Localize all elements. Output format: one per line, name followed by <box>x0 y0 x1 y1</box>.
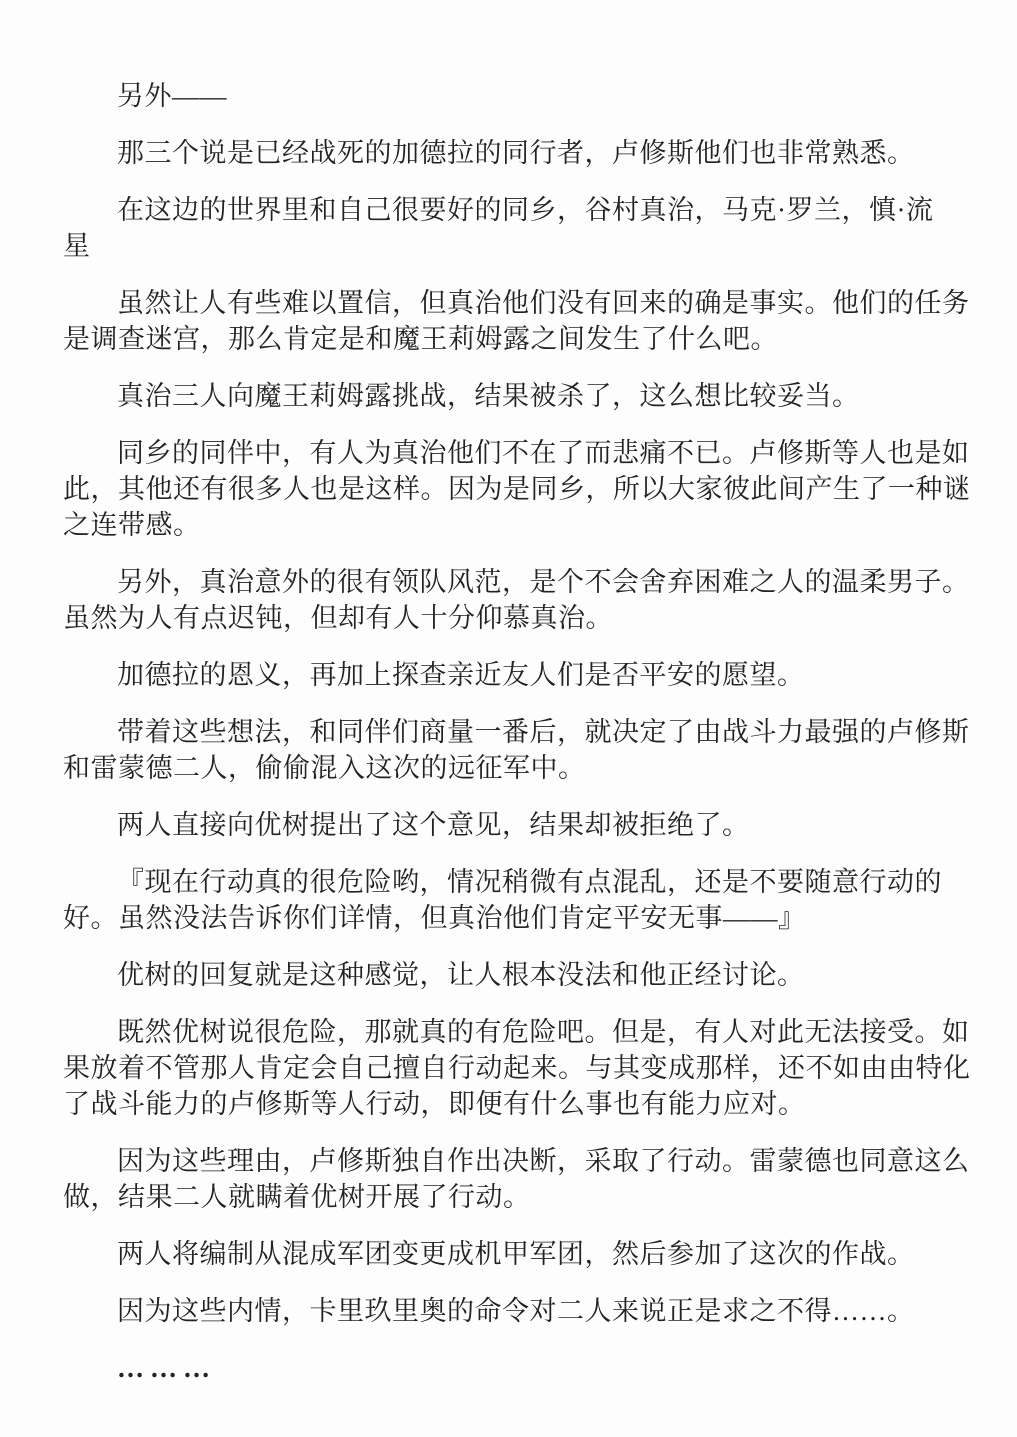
paragraph: 带着这些想法，和同伴们商量一番后，就决定了由战斗力最强的卢修斯和雷蒙德二人，偷偷… <box>63 714 959 786</box>
text-line: 做，结果二人就瞒着优树开展了行动。 <box>63 1179 959 1215</box>
paragraph: 优树的回复就是这种感觉，让人根本没法和他正经讨论。 <box>63 957 959 993</box>
text-line: 另外，真治意外的很有领队风范，是个不会舍弃困难之人的温柔男子。 <box>63 564 959 600</box>
text-line: 加德拉的恩义，再加上探查亲近友人们是否平安的愿望。 <box>63 657 959 693</box>
text-line: 和雷蒙德二人，偷偷混入这次的远征军中。 <box>63 750 959 786</box>
paragraph: 两人将编制从混成军团变更成机甲军团，然后参加了这次的作战。 <box>63 1236 959 1272</box>
paragraph: 虽然让人有些难以置信，但真治他们没有回来的确是事实。他们的任务是调查迷宫，那么肯… <box>63 285 959 357</box>
text-line: 因为这些理由，卢修斯独自作出决断，采取了行动。雷蒙德也同意这么 <box>63 1143 959 1179</box>
paragraph: 真治三人向魔王莉姆露挑战，结果被杀了，这么想比较妥当。 <box>63 378 959 414</box>
text-content: 另外——那三个说是已经战死的加德拉的同行者，卢修斯他们也非常熟悉。在这边的世界里… <box>0 0 1017 1386</box>
text-line: 优树的回复就是这种感觉，让人根本没法和他正经讨论。 <box>63 957 959 993</box>
paragraph: 既然优树说很危险，那就真的有危险吧。但是，有人对此无法接受。如果放着不管那人肯定… <box>63 1014 959 1122</box>
text-line: 了战斗能力的卢修斯等人行动，即便有什么事也有能力应对。 <box>63 1086 959 1122</box>
text-line: 既然优树说很危险，那就真的有危险吧。但是，有人对此无法接受。如 <box>63 1014 959 1050</box>
paragraph: 因为这些内情，卡里玖里奥的命令对二人来说正是求之不得……。 <box>63 1293 959 1329</box>
paragraph: 同乡的同伴中，有人为真治他们不在了而悲痛不已。卢修斯等人也是如此，其他还有很多人… <box>63 435 959 543</box>
document-page: 另外——那三个说是已经战死的加德拉的同行者，卢修斯他们也非常熟悉。在这边的世界里… <box>0 0 1017 1437</box>
paragraph: 加德拉的恩义，再加上探查亲近友人们是否平安的愿望。 <box>63 657 959 693</box>
text-line: 『现在行动真的很危险哟，情况稍微有点混乱，还是不要随意行动的 <box>63 864 959 900</box>
text-line: 果放着不管那人肯定会自己擅自行动起来。与其变成那样，还不如由由特化 <box>63 1050 959 1086</box>
text-line: 同乡的同伴中，有人为真治他们不在了而悲痛不已。卢修斯等人也是如 <box>63 435 959 471</box>
text-line: 因为这些内情，卡里玖里奥的命令对二人来说正是求之不得……。 <box>63 1293 959 1329</box>
paragraph: 在这边的世界里和自己很要好的同乡，谷村真治，马克·罗兰，慎·流星 <box>63 192 959 264</box>
text-line: 好。虽然没法告诉你们详情，但真治他们肯定平安无事——』 <box>63 900 959 936</box>
paragraph: 『现在行动真的很危险哟，情况稍微有点混乱，还是不要随意行动的好。虽然没法告诉你们… <box>63 864 959 936</box>
text-line: 在这边的世界里和自己很要好的同乡，谷村真治，马克·罗兰，慎·流 <box>63 192 959 228</box>
text-line: 星 <box>63 228 959 264</box>
text-line: 虽然为人有点迟钝，但却有人十分仰慕真治。 <box>63 600 959 636</box>
paragraph: 那三个说是已经战死的加德拉的同行者，卢修斯他们也非常熟悉。 <box>63 135 959 171</box>
text-line: ……… <box>63 1350 959 1386</box>
text-line: 之连带感。 <box>63 507 959 543</box>
ellipsis-separator: ……… <box>63 1350 959 1386</box>
text-line: 虽然让人有些难以置信，但真治他们没有回来的确是事实。他们的任务 <box>63 285 959 321</box>
text-line: 两人将编制从混成军团变更成机甲军团，然后参加了这次的作战。 <box>63 1236 959 1272</box>
text-line: 那三个说是已经战死的加德拉的同行者，卢修斯他们也非常熟悉。 <box>63 135 959 171</box>
paragraph: 因为这些理由，卢修斯独自作出决断，采取了行动。雷蒙德也同意这么做，结果二人就瞒着… <box>63 1143 959 1215</box>
text-line: 另外—— <box>63 78 959 114</box>
text-line: 是调查迷宫，那么肯定是和魔王莉姆露之间发生了什么吧。 <box>63 321 959 357</box>
text-line: 带着这些想法，和同伴们商量一番后，就决定了由战斗力最强的卢修斯 <box>63 714 959 750</box>
text-line: 此，其他还有很多人也是这样。因为是同乡，所以大家彼此间产生了一种谜 <box>63 471 959 507</box>
paragraph: 另外，真治意外的很有领队风范，是个不会舍弃困难之人的温柔男子。虽然为人有点迟钝，… <box>63 564 959 636</box>
text-line: 两人直接向优树提出了这个意见，结果却被拒绝了。 <box>63 807 959 843</box>
paragraph: 另外—— <box>63 78 959 114</box>
paragraph: 两人直接向优树提出了这个意见，结果却被拒绝了。 <box>63 807 959 843</box>
text-line: 真治三人向魔王莉姆露挑战，结果被杀了，这么想比较妥当。 <box>63 378 959 414</box>
